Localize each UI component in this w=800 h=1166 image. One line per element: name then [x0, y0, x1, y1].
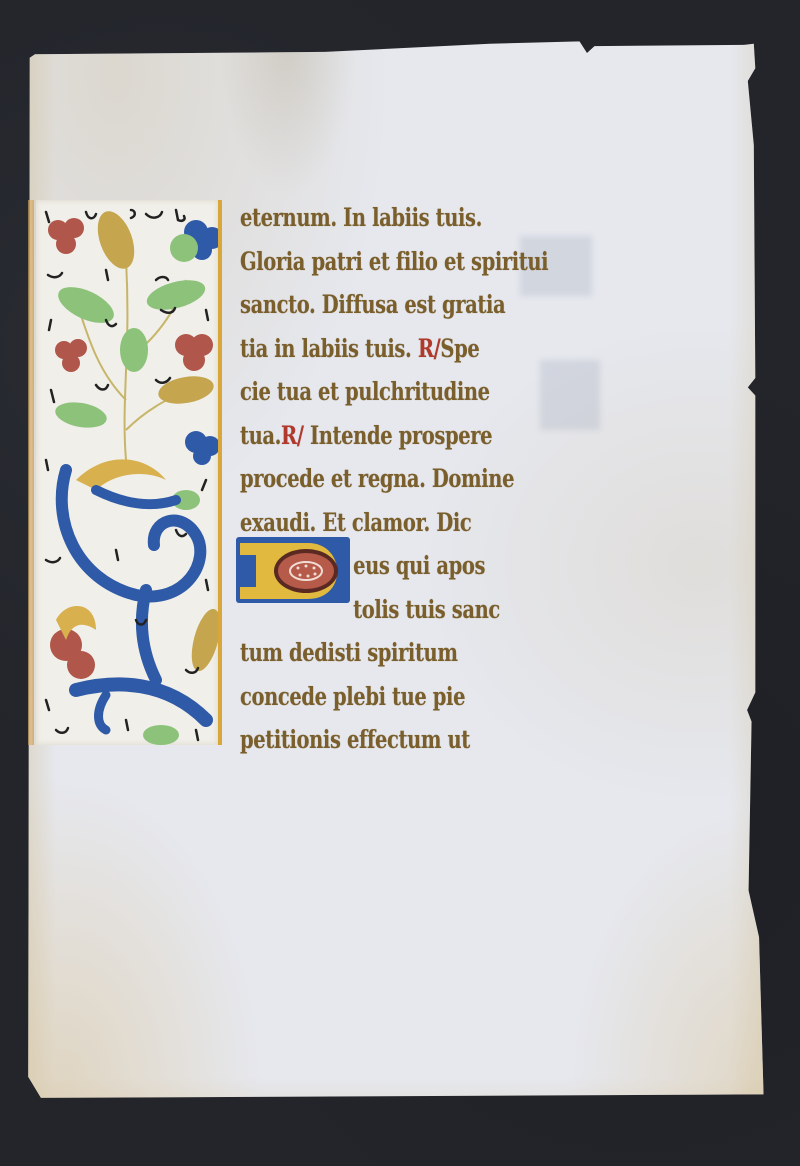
- text-column: eternum. In labiis tuis. Gloria patri et…: [240, 196, 600, 762]
- text-line: tum dedisti spiritum: [240, 631, 521, 675]
- rubric-response-mark: R/: [418, 334, 441, 363]
- text-line: eus qui apos: [240, 544, 521, 588]
- text-line: tua.R/ Intende prospere: [240, 414, 521, 458]
- text-line: Gloria patri et filio et spiritui: [240, 240, 521, 284]
- svg-text:D: D: [228, 574, 229, 576]
- text-line: concede plebi tue pie: [240, 675, 521, 719]
- text-line: eternum. In labiis tuis.: [240, 196, 521, 240]
- text-line: sancto. Diffusa est gratia: [240, 283, 521, 327]
- illuminated-border: [36, 200, 222, 745]
- text-line: tolis tuis sanc: [240, 588, 521, 632]
- border-outer-rule: [28, 200, 34, 745]
- text-line: tia in labiis tuis. R/Spe: [240, 327, 521, 371]
- text-line: procede et regna. Domine: [240, 457, 521, 501]
- text-line: exaudi. Et clamor. Dic: [240, 501, 521, 545]
- floral-border-art: [36, 200, 218, 745]
- rubric-response-mark: R/: [281, 421, 304, 450]
- text-line: petitionis effectum ut: [240, 718, 521, 762]
- text-line: cie tua et pulchritudine: [240, 370, 521, 414]
